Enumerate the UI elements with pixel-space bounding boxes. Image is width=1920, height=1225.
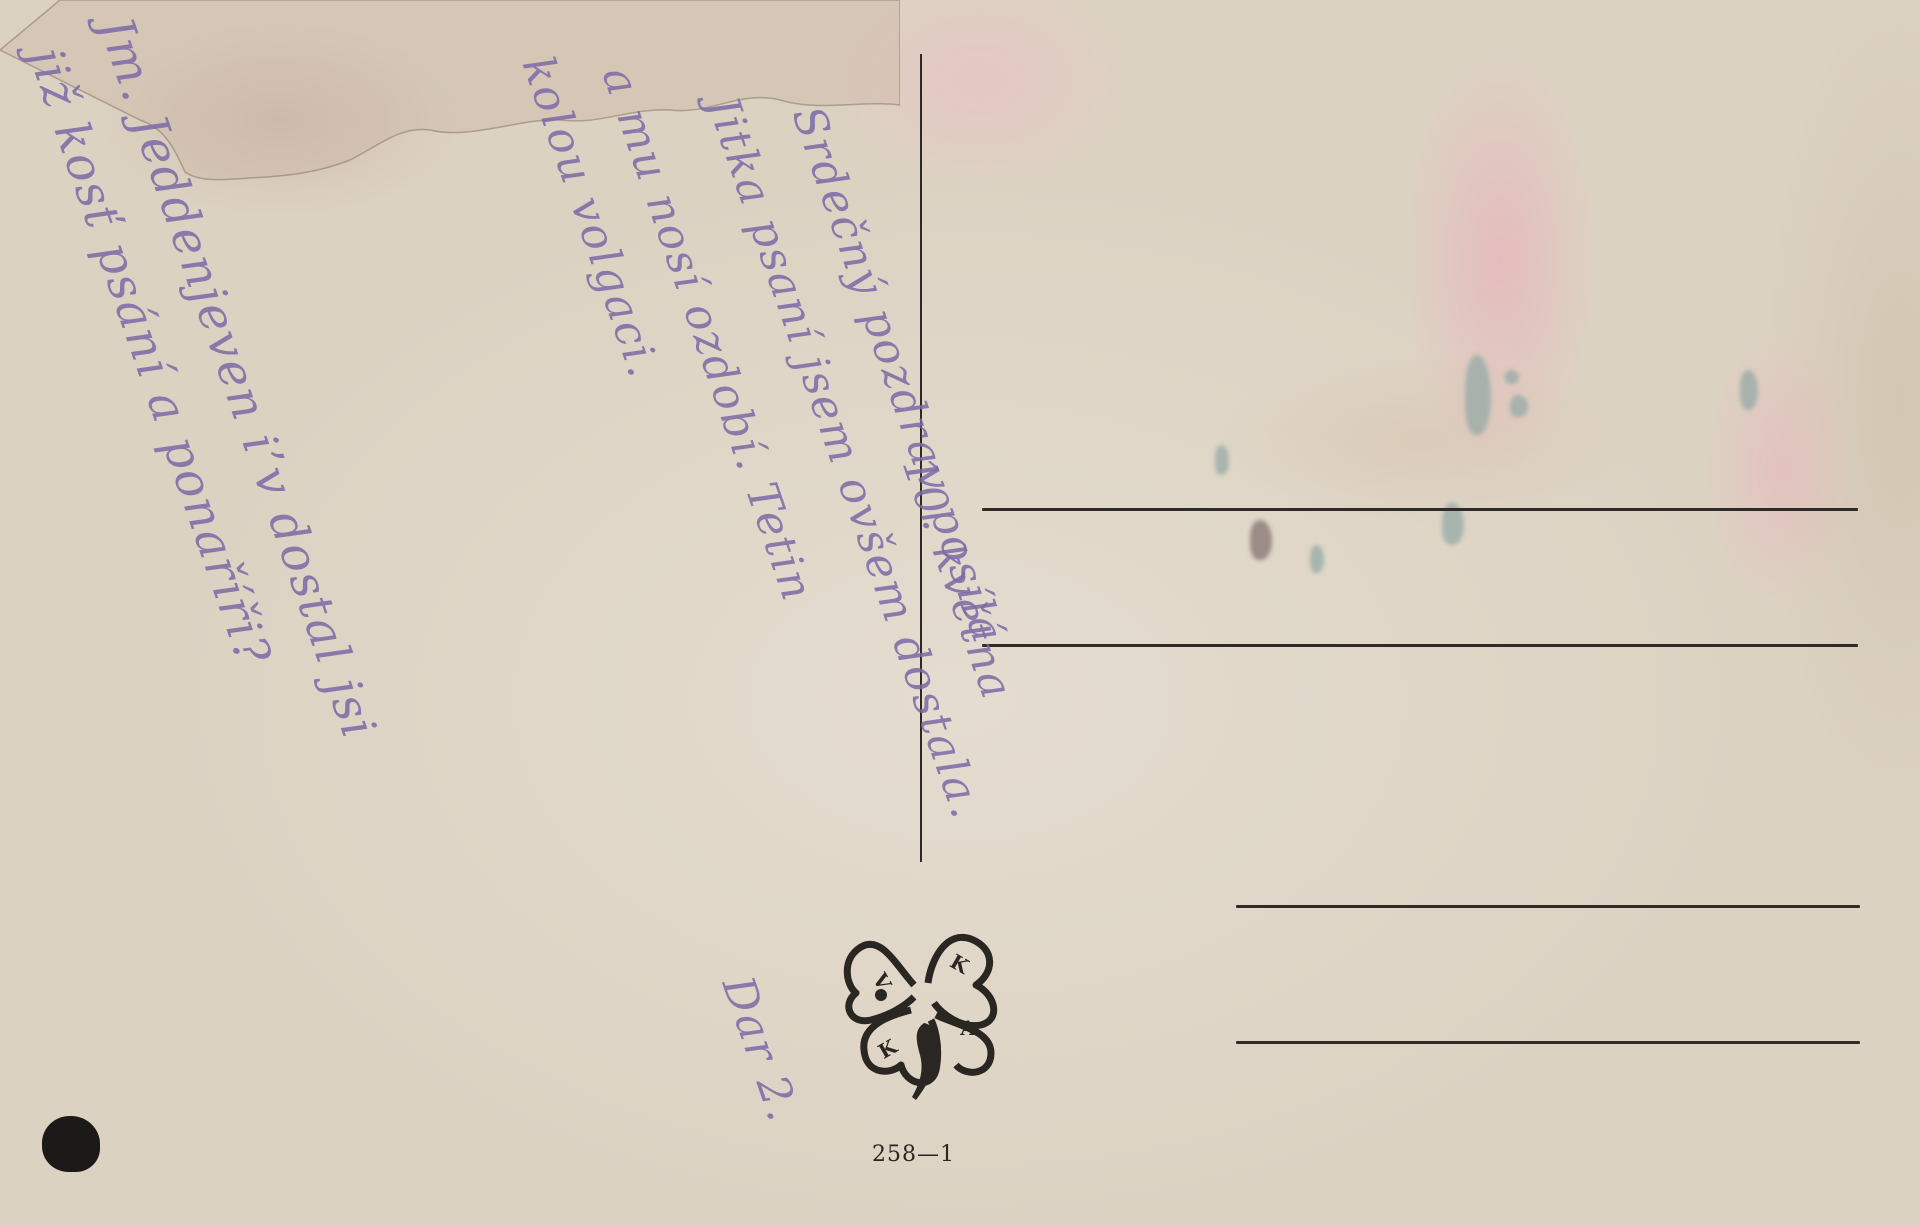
stain bbox=[1510, 395, 1528, 417]
postcard-back: Jm. Jeddenjeven i’v dostal jsi již kosť … bbox=[0, 0, 1920, 1225]
address-line-3 bbox=[1236, 905, 1860, 908]
print-number: 258—1 bbox=[872, 1142, 955, 1167]
logo-letter: A bbox=[959, 1016, 976, 1040]
logo-letter: K bbox=[946, 949, 974, 979]
stain bbox=[1215, 445, 1229, 475]
four-leaf-clover-icon: V K K A bbox=[836, 925, 1006, 1105]
stain bbox=[1310, 545, 1324, 573]
address-line-4 bbox=[1236, 1041, 1860, 1044]
ink-blot bbox=[42, 1116, 100, 1172]
stain bbox=[1250, 520, 1272, 560]
address-line-2 bbox=[982, 644, 1858, 647]
logo-letter: K bbox=[874, 1034, 902, 1064]
stain bbox=[1505, 370, 1519, 384]
stain bbox=[1740, 370, 1758, 410]
address-line-1 bbox=[982, 508, 1858, 511]
stain bbox=[1465, 355, 1491, 435]
signature-line: Dar 2. bbox=[712, 970, 809, 1129]
